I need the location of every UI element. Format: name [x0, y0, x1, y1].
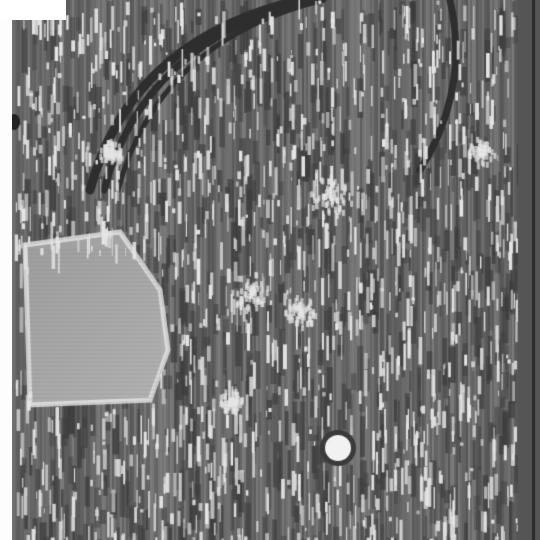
weathered-wood-panel-photo: Grayscale photograph of a weathered pain… [0, 0, 540, 540]
background-top-left-notch [0, 0, 66, 20]
flaking-paint-texture [0, 0, 540, 540]
background-left-strip [0, 0, 12, 540]
